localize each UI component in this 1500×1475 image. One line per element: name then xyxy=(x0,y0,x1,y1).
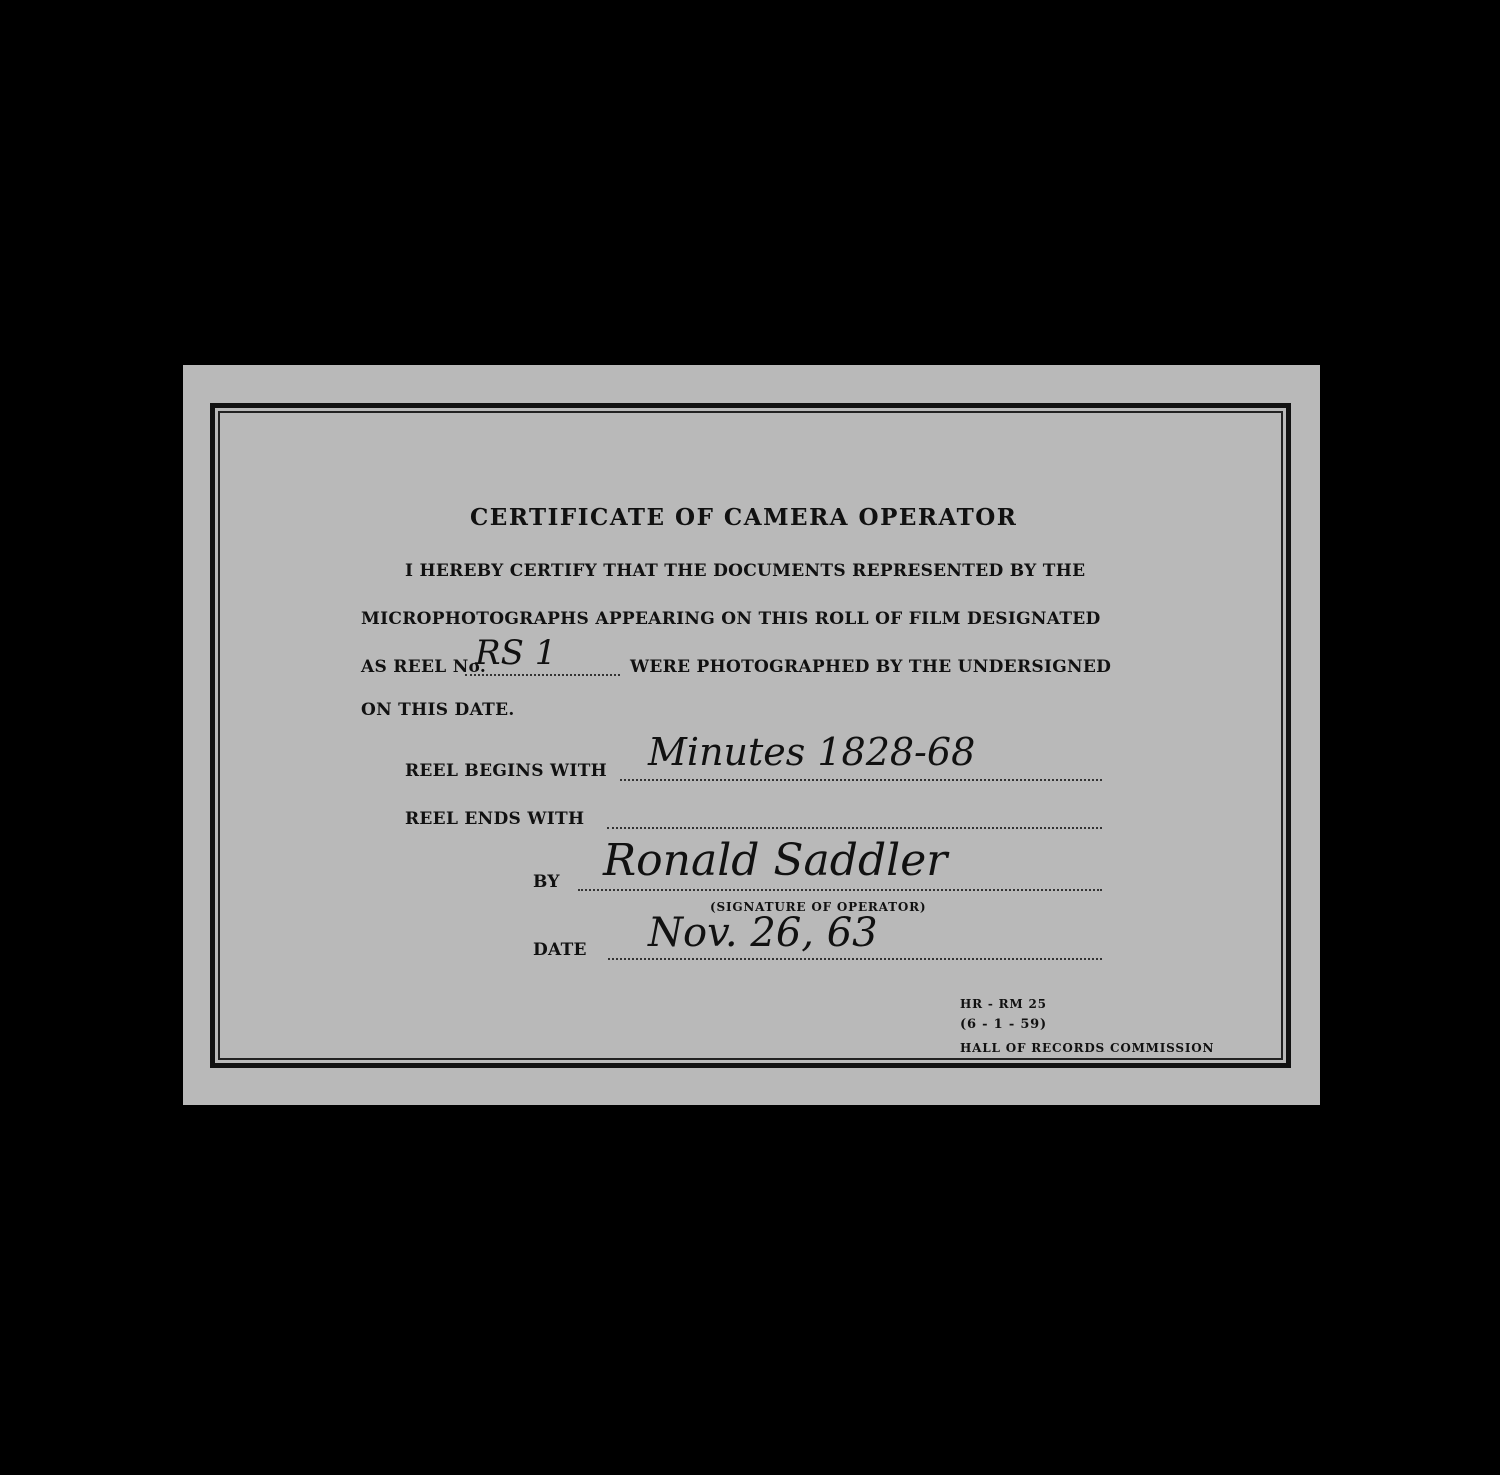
issuer-name: HALL OF RECORDS COMMISSION xyxy=(960,1041,1214,1055)
paragraph-line-1: I HEREBY CERTIFY THAT THE DOCUMENTS REPR… xyxy=(405,561,1085,581)
paragraph-line-2: MICROPHOTOGRAPHS APPEARING ON THIS ROLL … xyxy=(361,609,1101,629)
certificate-title: CERTIFICATE OF CAMERA OPERATOR xyxy=(470,504,1017,531)
by-label: BY xyxy=(533,872,560,892)
certificate-card: CERTIFICATE OF CAMERA OPERATOR I HEREBY … xyxy=(183,365,1320,1105)
date-line xyxy=(608,958,1102,960)
signature-line xyxy=(578,889,1102,891)
paragraph-line-3-suffix: WERE PHOTOGRAPHED BY THE UNDERSIGNED xyxy=(630,657,1111,677)
form-number: HR - RM 25 xyxy=(960,997,1047,1011)
date-value: Nov. 26, 63 xyxy=(648,910,878,956)
reel-number-value: RS 1 xyxy=(475,633,556,673)
paragraph-line-4: ON THIS DATE. xyxy=(361,700,515,720)
reel-ends-label: REEL ENDS WITH xyxy=(405,809,584,829)
reel-begins-line xyxy=(620,779,1102,781)
reel-begins-label: REEL BEGINS WITH xyxy=(405,761,607,781)
operator-signature: Ronald Saddler xyxy=(603,835,947,886)
reel-ends-line xyxy=(607,827,1102,829)
form-date: (6 - 1 - 59) xyxy=(960,1017,1047,1032)
reel-number-line xyxy=(465,674,620,676)
reel-begins-value: Minutes 1828-68 xyxy=(648,730,975,774)
date-label: DATE xyxy=(533,940,587,960)
